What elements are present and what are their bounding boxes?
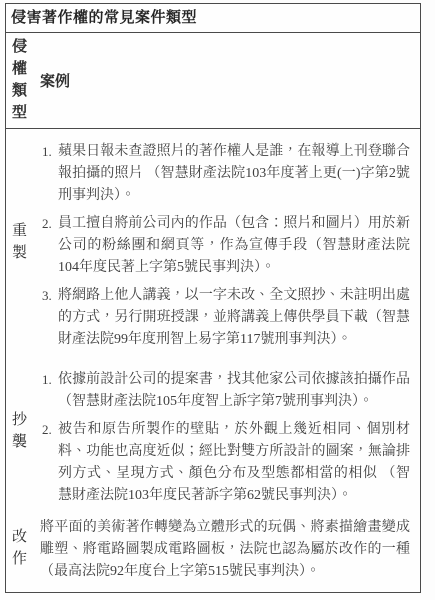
case-list-reproduction: 蘋果日報未查證照片的著作權人是誰，在報導上刊登聯合報拍攝的照片 （智慧財產法院1… <box>38 141 410 351</box>
case-item: 員工擅自將前公司內的作品（包含：照片和圖片）用於新公司的粉絲團和網頁等，作為宣傳… <box>58 213 410 279</box>
screenshot-root: { "table": { "title": "侵害著作權的常見案件類型", "h… <box>0 0 435 600</box>
case-list-plagiarism: 依據前設計公司的提案書，找其他家公司依據該拍攝作品（智慧財產法院105年度智上訴… <box>38 369 410 507</box>
type-cell-adaptation: 改作 <box>6 507 38 589</box>
table-title: 侵害著作權的常見案件類型 <box>6 4 420 33</box>
case-item: 被告和原告所製作的壁貼，於外觀上幾近相同、個別材料、功能也高度近似；經比對雙方所… <box>58 419 410 507</box>
case-cell-adaptation: 將平面的美術著作轉變為立體形式的玩偶、將素描繪畫變成雕塑、將電路圖製成電路圖板，… <box>38 507 420 589</box>
header-type-label: 侵權類型 <box>12 36 28 124</box>
case-item: 將平面的美術著作轉變為立體形式的玩偶、將素描繪畫變成雕塑、將電路圖製成電路圖板，… <box>38 517 410 583</box>
case-cell-reproduction: 蘋果日報未查證照片的著作權人是誰，在報導上刊登聯合報拍攝的照片 （智慧財產法院1… <box>38 129 420 355</box>
case-item: 將網路上他人講義，以一字未改、全文照抄、未註明出處的方式，另行開班授課，並將講義… <box>58 285 410 351</box>
header-case-column: 案例 <box>38 33 420 128</box>
type-label-adaptation: 改作 <box>12 526 28 570</box>
table-row-reproduction: 重製 蘋果日報未查證照片的著作權人是誰，在報導上刊登聯合報拍攝的照片 （智慧財產… <box>6 129 420 355</box>
type-cell-reproduction: 重製 <box>6 129 38 355</box>
case-item: 蘋果日報未查證照片的著作權人是誰，在報導上刊登聯合報拍攝的照片 （智慧財產法院1… <box>58 141 410 207</box>
case-cell-plagiarism: 依據前設計公司的提案書，找其他家公司依據該拍攝作品（智慧財產法院105年度智上訴… <box>38 355 420 507</box>
table-row-adaptation: 改作 將平面的美術著作轉變為立體形式的玩偶、將素描繪畫變成雕塑、將電路圖製成電路… <box>6 507 420 589</box>
table-row-plagiarism: 抄襲 依據前設計公司的提案書，找其他家公司依據該拍攝作品（智慧財產法院105年度… <box>6 355 420 507</box>
copyright-case-table: 侵害著作權的常見案件類型 侵權類型 案例 重製 蘋果日報未查證照片的著作權人是誰… <box>5 3 421 593</box>
table-header-row: 侵權類型 案例 <box>6 33 420 129</box>
type-label-reproduction: 重製 <box>12 220 28 264</box>
case-item: 依據前設計公司的提案書，找其他家公司依據該拍攝作品（智慧財產法院105年度智上訴… <box>58 369 410 413</box>
type-cell-plagiarism: 抄襲 <box>6 355 38 507</box>
type-label-plagiarism: 抄襲 <box>12 409 28 453</box>
header-type-column: 侵權類型 <box>6 33 38 128</box>
